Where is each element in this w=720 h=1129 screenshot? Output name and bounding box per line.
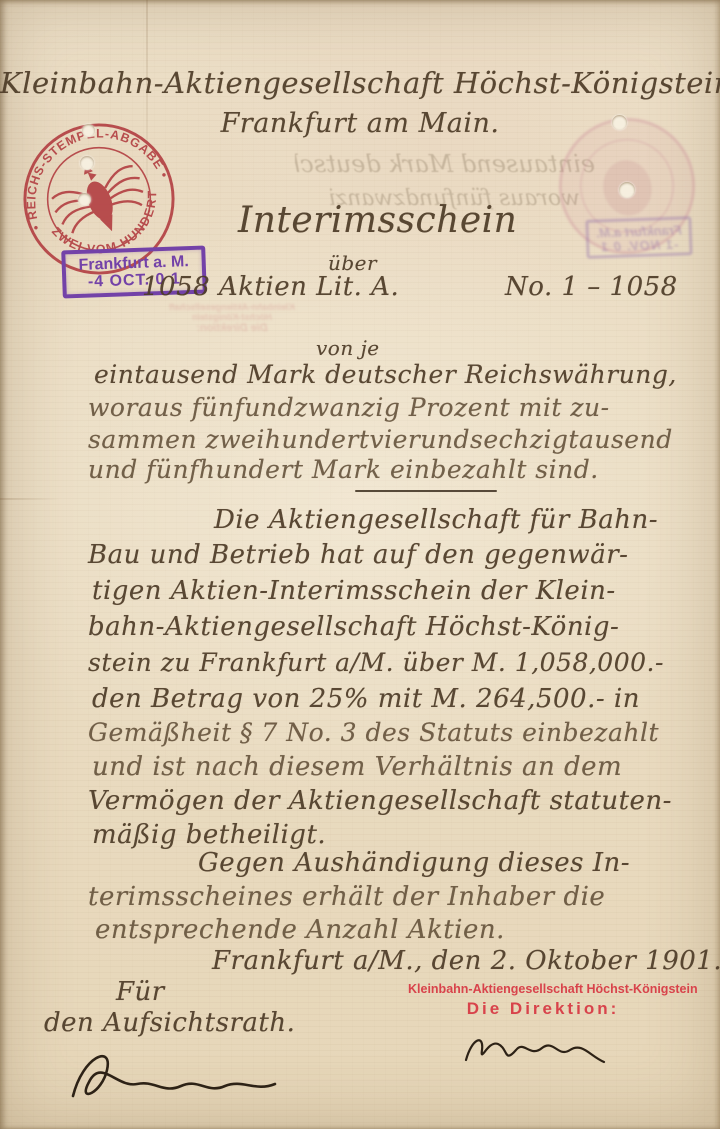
place-date-line: Frankfurt a/M., den 2. Oktober 1901. — [212, 946, 720, 976]
company-name-heading: Kleinbahn-Aktiengesellschaft Höchst-Köni… — [0, 66, 720, 100]
value-paragraph-line: eintausend Mark deutscher Reichswährung, — [94, 360, 677, 389]
payment-paragraph-line: tigen Aktien-Interimsschein der Klein- — [92, 576, 616, 606]
document-title: Interimsschein — [238, 200, 517, 241]
payment-paragraph-line: mäßig betheiligt. — [92, 820, 326, 850]
payment-paragraph-line: Vermögen der Aktiengesellschaft statuten… — [88, 786, 672, 816]
share-number-range: No. 1 – 1058 — [505, 272, 678, 302]
payment-paragraph-line: Gemäßheit § 7 No. 3 des Statuts einbezah… — [88, 718, 659, 747]
value-paragraph-line: woraus fünfundzwanzig Prozent mit zu- — [88, 393, 610, 422]
company-direktion-stamp: Kleinbahn-Aktiengesellschaft Höchst-Köni… — [408, 982, 678, 1019]
payment-paragraph-line: bahn-Aktiengesellschaft Höchst-König- — [88, 612, 619, 642]
section-divider-rule — [355, 490, 497, 492]
payment-paragraph-line: den Betrag von 25% mit M. 264,500.- in — [92, 684, 640, 714]
payment-paragraph-line: Bau und Betrieb hat auf den gegenwär- — [88, 540, 628, 570]
exchange-paragraph-line: Gegen Aushändigung dieses In- — [198, 848, 630, 878]
von-je-line: von je — [316, 336, 380, 360]
aufsichtsrat-label: den Aufsichtsrath. — [44, 1008, 295, 1038]
interim-share-certificate: eintausend Mark deutscher Reichswährung,… — [0, 0, 720, 1129]
punch-hole — [80, 156, 94, 170]
exchange-paragraph-line: entsprechende Anzahl Aktien. — [95, 915, 505, 945]
exchange-paragraph-line: terimsscheines erhält der Inhaber die — [88, 882, 605, 912]
payment-paragraph-line: und ist nach diesem Verhältnis an dem — [92, 752, 622, 782]
value-paragraph-line: und fünfhundert Mark einbezahlt sind. — [88, 455, 599, 484]
bleedthrough-company-stamp: Kleinbahn-Aktiengesellschaft Höchst-Köni… — [162, 302, 302, 334]
fuer-label: Für — [116, 977, 165, 1007]
punch-hole — [82, 124, 95, 137]
value-paragraph-line: sammen zweihundertvierundsechzigtausend — [88, 425, 673, 454]
punch-hole — [612, 115, 627, 130]
punch-hole — [78, 193, 91, 206]
payment-paragraph-line: Die Aktiengesellschaft für Bahn- — [214, 505, 658, 535]
punch-hole — [619, 182, 635, 198]
share-count-line: 1058 Aktien Lit. A. — [142, 272, 399, 302]
aufsichtsrat-signature — [55, 1038, 305, 1108]
direktion-signature — [458, 1026, 618, 1074]
paper-crease — [0, 498, 60, 500]
payment-paragraph-line: stein zu Frankfurt a/M. über M. 1,058,00… — [88, 648, 664, 677]
